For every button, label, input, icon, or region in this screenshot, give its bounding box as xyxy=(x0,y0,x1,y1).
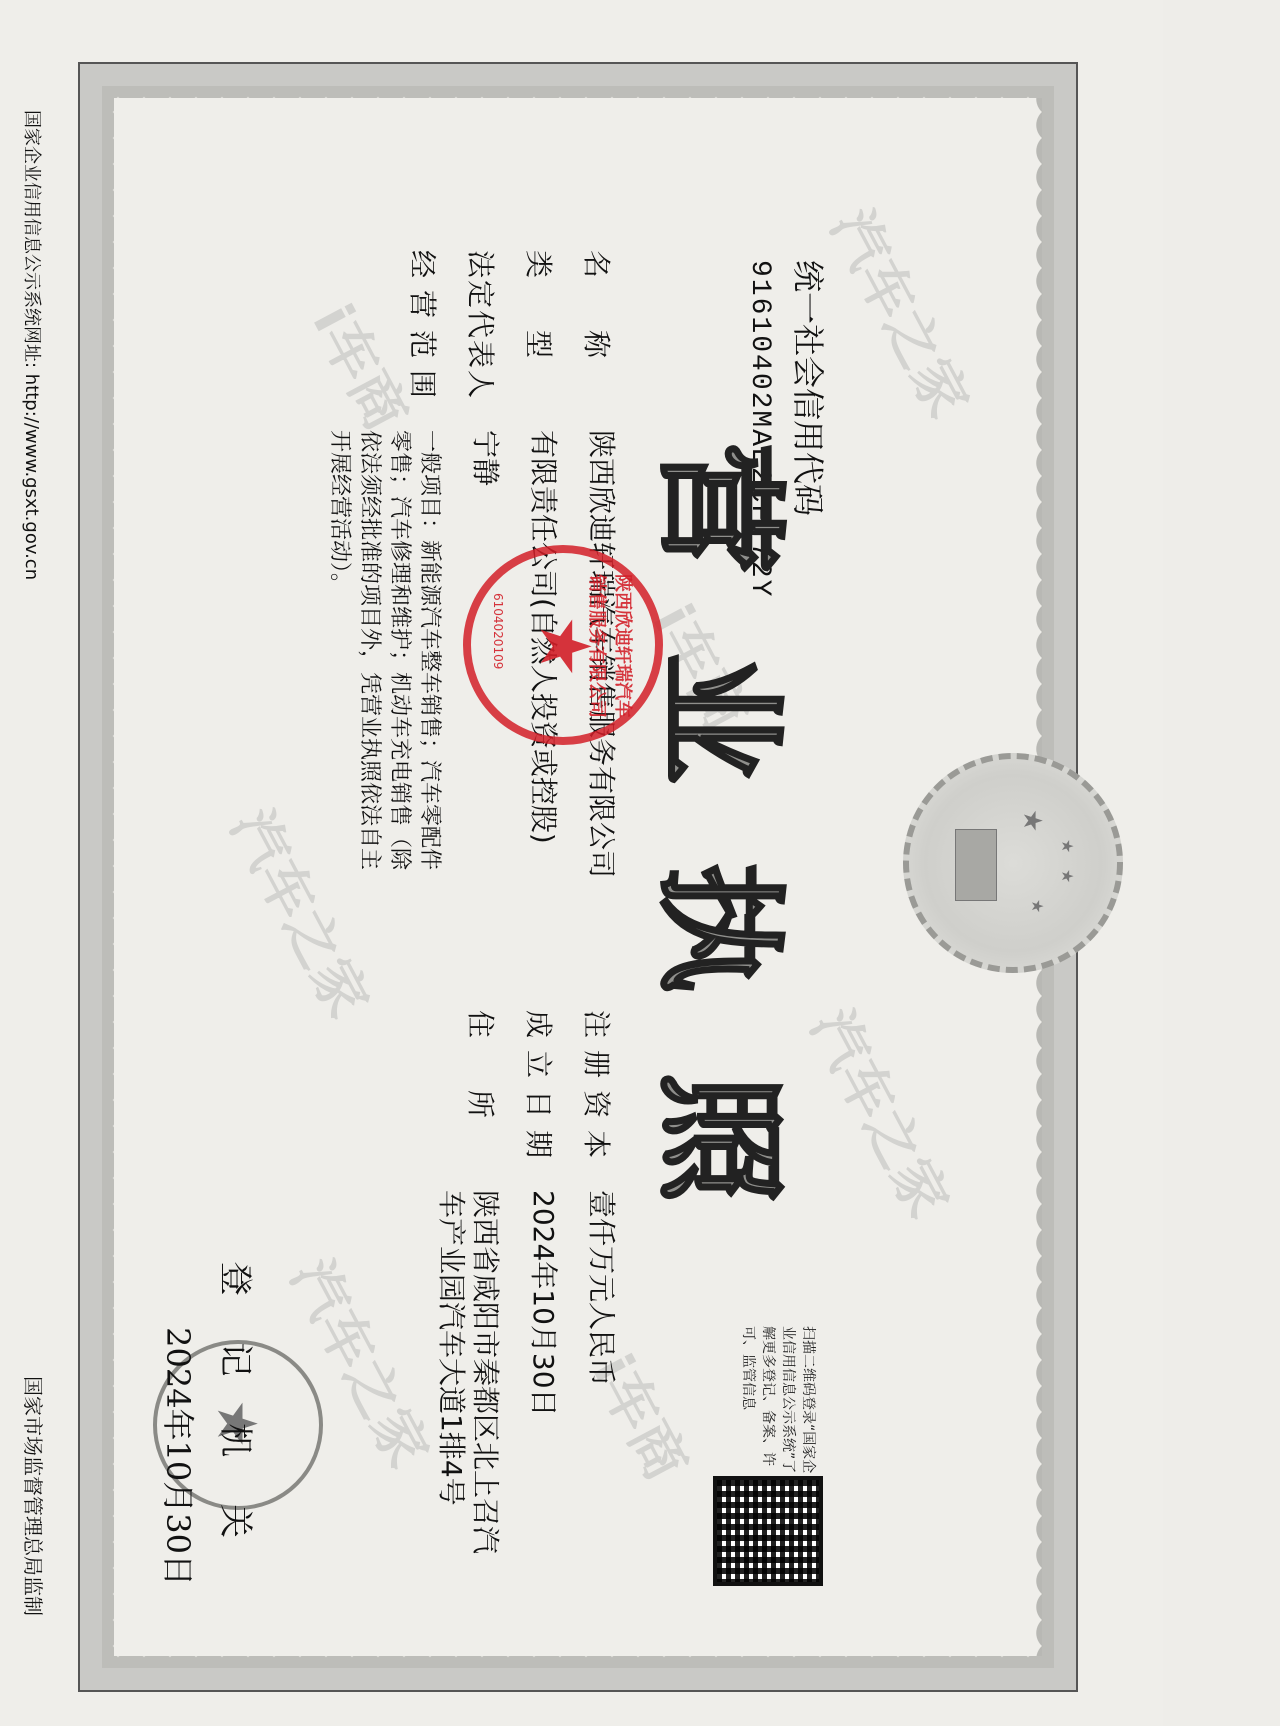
national-emblem-icon: ★ ★ ★ ★ xyxy=(903,753,1123,973)
field-value: 2024年10月30日 xyxy=(520,1190,560,1570)
field-value: 一般项目：新能源汽车整车销售；汽车零配件零售；汽车修理和维护；机动车充电销售（除… xyxy=(324,430,444,890)
field-key: 名 称 xyxy=(578,250,618,430)
field-key: 成立日期 xyxy=(520,1010,560,1190)
seal-number: 6104020109 xyxy=(491,593,505,669)
field-business-scope: 经营范围 一般项目：新能源汽车整车销售；汽车零配件零售；汽车修理和维护；机动车充… xyxy=(324,250,444,890)
field-value: 壹仟万元人民币 xyxy=(578,1190,618,1570)
footer-website: 国家企业信用信息公示系统网址: http://www.gsxt.gov.cn xyxy=(20,110,46,580)
registration-authority-label: 登 记 机 关 xyxy=(214,1262,263,1556)
field-registered-capital: 注册资本 壹仟万元人民币 xyxy=(578,1010,618,1570)
business-license-sheet: 汽车之家 i车商 汽车之家 i车商 i车商 汽车之家 汽车之家 ★ ★ ★ ★ … xyxy=(0,0,1163,1726)
field-key: 经营范围 xyxy=(324,250,444,430)
field-address: 住 所 陕西省咸阳市秦都区北上召汽车产业园汽车大道1排4号 xyxy=(434,1010,502,1570)
field-key: 类 型 xyxy=(520,250,560,430)
field-key: 注册资本 xyxy=(578,1010,618,1190)
qr-code-icon xyxy=(713,1476,823,1586)
field-value: 陕西省咸阳市秦都区北上召汽车产业园汽车大道1排4号 xyxy=(434,1190,502,1570)
field-key: 法定代表人 xyxy=(462,250,502,430)
field-established-date: 成立日期 2024年10月30日 xyxy=(520,1010,560,1570)
footer-supervisor: 国家市场监督管理总局监制 xyxy=(20,1376,49,1616)
company-seal-icon: 陕西欣迪轩瑞汽车销售服务有限公司 ★ 6104020109 xyxy=(463,545,663,745)
issue-date: 2024年10月30日 xyxy=(157,1327,203,1586)
fields-right: 注册资本 壹仟万元人民币 成立日期 2024年10月30日 住 所 陕西省咸阳市… xyxy=(416,1010,618,1570)
qr-note: 扫描二维码登录“国家企业信用信息公示系统”了解更多登记、备案、许可、监管信息 xyxy=(738,1326,818,1476)
field-key: 住 所 xyxy=(434,1010,502,1190)
